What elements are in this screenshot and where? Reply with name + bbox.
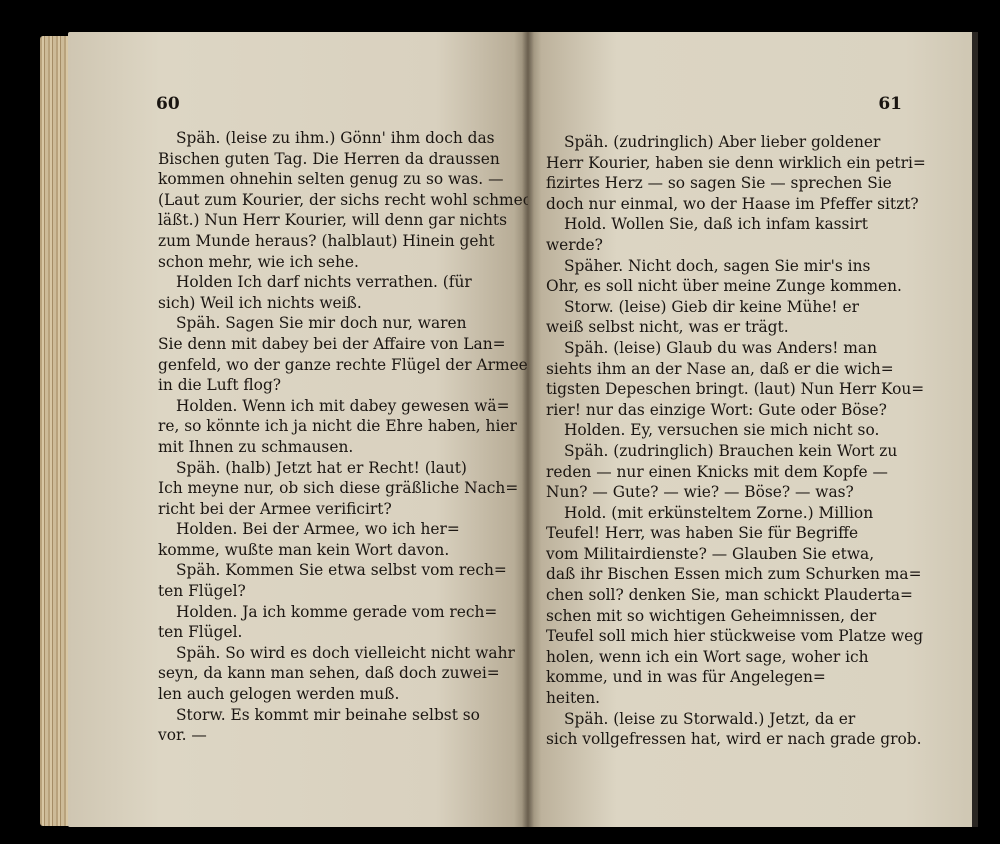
- text-line: ten Flügel?: [158, 581, 560, 602]
- text-line: Späh. (halb) Jetzt hat er Recht! (laut): [158, 458, 560, 479]
- text-line: zum Munde heraus? (halblaut) Hinein geht: [158, 231, 560, 252]
- text-line: Späh. So wird es doch vielleicht nicht w…: [158, 643, 560, 664]
- text-line: Herr Kourier, haben sie denn wirklich ei…: [546, 153, 926, 174]
- text-line: kommen ohnehin selten genug zu so was. —: [158, 169, 560, 190]
- text-line: daß ihr Bischen Essen mich zum Schurken …: [546, 564, 926, 585]
- text-line: tigsten Depeschen bringt. (laut) Nun Her…: [546, 379, 926, 400]
- text-line: Späh. Sagen Sie mir doch nur, waren: [158, 313, 560, 334]
- right-page-text: Späh. (zudringlich) Aber lieber goldener…: [546, 132, 926, 750]
- text-line: seyn, da kann man sehen, daß doch zuwei=: [158, 663, 560, 684]
- book-gutter: [522, 32, 534, 827]
- text-line: Holden. Ja ich komme gerade vom rech=: [158, 602, 560, 623]
- text-line: Storw. (leise) Gieb dir keine Mühe! er: [546, 297, 926, 318]
- text-line: genfeld, wo der ganze rechte Flügel der …: [158, 355, 560, 376]
- text-line: siehts ihm an der Nase an, daß er die wi…: [546, 359, 926, 380]
- text-line: komme, und in was für Angelegen=: [546, 667, 926, 688]
- text-line: Bischen guten Tag. Die Herren da drausse…: [158, 149, 560, 170]
- text-line: ten Flügel.: [158, 622, 560, 643]
- text-line: doch nur einmal, wo der Haase im Pfeffer…: [546, 194, 926, 215]
- left-page: 60 Späh. (leise zu ihm.) Gönn' ihm doch …: [68, 32, 528, 827]
- text-line: heiten.: [546, 688, 926, 709]
- open-book: 60 Späh. (leise zu ihm.) Gönn' ihm doch …: [40, 32, 980, 832]
- text-line: weiß selbst nicht, was er trägt.: [546, 317, 926, 338]
- text-line: vor. —: [158, 725, 560, 746]
- text-line: Holden Ich darf nichts verrathen. (für: [158, 272, 560, 293]
- text-line: Späher. Nicht doch, sagen Sie mir's ins: [546, 256, 926, 277]
- text-line: Späh. (zudringlich) Aber lieber goldener: [546, 132, 926, 153]
- text-line: Hold. Wollen Sie, daß ich infam kassirt: [546, 214, 926, 235]
- text-line: Späh. (leise zu ihm.) Gönn' ihm doch das: [158, 128, 560, 149]
- left-page-text: Späh. (leise zu ihm.) Gönn' ihm doch das…: [158, 128, 560, 746]
- text-line: len auch gelogen werden muß.: [158, 684, 560, 705]
- text-line: komme, wußte man kein Wort davon.: [158, 540, 560, 561]
- text-line: schen mit so wichtigen Geheimnissen, der: [546, 606, 926, 627]
- text-line: (Laut zum Kourier, der sichs recht wohl …: [158, 190, 560, 211]
- text-line: Ich meyne nur, ob sich diese gräßliche N…: [158, 478, 560, 499]
- text-line: in die Luft flog?: [158, 375, 560, 396]
- text-line: chen soll? denken Sie, man schickt Plaud…: [546, 585, 926, 606]
- text-line: Holden. Ey, versuchen sie mich nicht so.: [546, 420, 926, 441]
- text-line: Späh. (zudringlich) Brauchen kein Wort z…: [546, 441, 926, 462]
- text-line: re, so könnte ich ja nicht die Ehre habe…: [158, 416, 560, 437]
- text-line: Ohr, es soll nicht über meine Zunge komm…: [546, 276, 926, 297]
- text-line: läßt.) Nun Herr Kourier, will denn gar n…: [158, 210, 560, 231]
- text-line: Späh. (leise) Glaub du was Anders! man: [546, 338, 926, 359]
- text-line: fizirtes Herz — so sagen Sie — sprechen …: [546, 173, 926, 194]
- text-line: holen, wenn ich ein Wort sage, woher ich: [546, 647, 926, 668]
- text-line: schon mehr, wie ich sehe.: [158, 252, 560, 273]
- page-number-left: 60: [156, 94, 180, 114]
- text-line: Storw. Es kommt mir beinahe selbst so: [158, 705, 560, 726]
- text-line: Sie denn mit dabey bei der Affaire von L…: [158, 334, 560, 355]
- text-line: sich) Weil ich nichts weiß.: [158, 293, 560, 314]
- text-line: reden — nur einen Knicks mit dem Kopfe —: [546, 462, 926, 483]
- text-line: Teufel soll mich hier stückweise vom Pla…: [546, 626, 926, 647]
- text-line: Holden. Bei der Armee, wo ich her=: [158, 519, 560, 540]
- text-line: Nun? — Gute? — wie? — Böse? — was?: [546, 482, 926, 503]
- text-line: sich vollgefressen hat, wird er nach gra…: [546, 729, 926, 750]
- text-line: Teufel! Herr, was haben Sie für Begriffe: [546, 523, 926, 544]
- text-line: richt bei der Armee verificirt?: [158, 499, 560, 520]
- text-line: Holden. Wenn ich mit dabey gewesen wä=: [158, 396, 560, 417]
- right-page: 61 Späh. (zudringlich) Aber lieber golde…: [528, 32, 978, 827]
- text-line: Späh. Kommen Sie etwa selbst vom rech=: [158, 560, 560, 581]
- text-line: mit Ihnen zu schmausen.: [158, 437, 560, 458]
- text-line: Späh. (leise zu Storwald.) Jetzt, da er: [546, 709, 926, 730]
- text-line: vom Militairdienste? — Glauben Sie etwa,: [546, 544, 926, 565]
- text-line: Hold. (mit erkünsteltem Zorne.) Million: [546, 503, 926, 524]
- page-number-right: 61: [878, 94, 902, 114]
- text-line: werde?: [546, 235, 926, 256]
- text-line: rier! nur das einzige Wort: Gute oder Bö…: [546, 400, 926, 421]
